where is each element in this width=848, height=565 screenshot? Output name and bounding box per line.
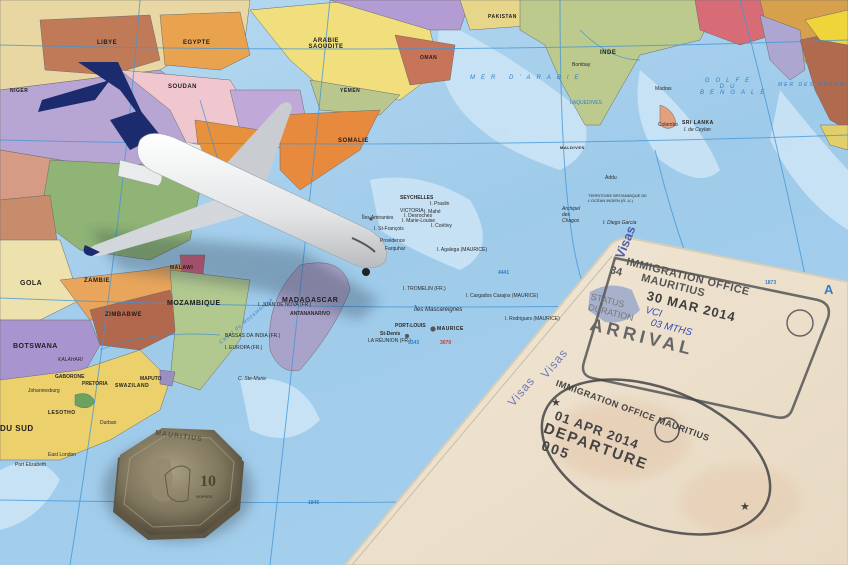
map-label-farquhar: Farquhar <box>385 246 405 252</box>
map-label-maldives: MALDIVES <box>560 145 585 150</box>
map-label-pakistan: PAKISTAN <box>488 14 517 20</box>
map-label-cape-sainte-marie: C. Ste-Marie <box>238 376 266 382</box>
sea-label-arabian-sea: MER D'ARABIE <box>470 75 585 81</box>
map-label-mozambique: MOZAMBIQUE <box>167 300 221 307</box>
map-label-port-elizabeth: Port Elizabeth <box>15 462 46 468</box>
map-label-bassas-da-india: BASSAS DA INDIA (FR.) <box>225 333 280 339</box>
map-label-seychelles: SEYCHELLES <box>400 195 433 201</box>
map-label-pretoria: PRETORIA <box>82 381 108 387</box>
depth-label: 3070 <box>440 340 451 346</box>
map-label-mascarene-islands: Îles Mascareignes <box>414 307 462 313</box>
depth-label: 5343 <box>408 340 419 346</box>
map-label-port-louis: PORT-LOUIS <box>395 323 426 329</box>
depth-label: 1846 <box>308 500 319 506</box>
map-label-bombay: Bombay <box>572 62 590 68</box>
map-label-madras: Madras <box>655 86 672 92</box>
map-label-libya: LIBYE <box>97 40 117 46</box>
map-label-angola: GOLA <box>20 280 42 287</box>
map-label-sri-lanka: SRI LANKA <box>682 120 714 126</box>
coin-value: 10 <box>200 473 216 491</box>
star-icon: ★ <box>551 396 561 409</box>
map-label-sudan: SOUDAN <box>168 84 197 90</box>
depth-label: 4441 <box>498 270 509 276</box>
map-label-durban: Durban <box>100 420 116 426</box>
map-label-oman: OMAN <box>420 55 437 61</box>
map-label-juan-de-nova: I. JUAN DE NOVA (FR.) <box>258 302 311 308</box>
map-label-saint-denis: St-Denis <box>380 331 400 337</box>
depth-label: 1873 <box>765 280 776 286</box>
map-edge-letter: A <box>824 282 833 297</box>
map-label-maputo: MAPUTO <box>140 376 162 382</box>
sea-label-andaman-sea: MER DES ANDAMAN <box>778 82 848 88</box>
map-label-east-london: East London <box>48 452 76 458</box>
map-label-ceylon: I. de Ceylan <box>684 127 711 133</box>
map-label-providence: Providence <box>380 238 405 244</box>
map-label-kalahari: KALAHARI <box>58 357 83 363</box>
map-label-coetivy: I. Coëtivy <box>431 223 452 229</box>
map-label-egypt: EGYPTE <box>183 40 210 46</box>
map-label-gaborone: GABORONE <box>55 374 84 380</box>
map-label-laccadives: LAQUEDIVES <box>570 100 602 106</box>
map-label-swaziland: SWAZILAND <box>115 383 149 389</box>
map-label-saudi-arabia: ARABIE SAOUDITE <box>296 38 356 50</box>
map-label-lesotho: LESOTHO <box>48 410 76 416</box>
map-label-tromelin: I. TROMELIN (FR.) <box>403 286 446 292</box>
map-label-addu: Addu <box>605 175 617 181</box>
map-label-amirantes: Îles Amirantes <box>362 215 393 221</box>
map-label-johannesburg: Johannesburg <box>28 388 60 394</box>
map-label-zimbabwe: ZIMBABWE <box>105 312 142 318</box>
coin <box>103 428 253 542</box>
map-label-niger: NIGER <box>10 88 28 94</box>
map-label-somalia: SOMALIE <box>338 138 369 144</box>
map-label-cargados-carajos: I. Cargados Carajos (MAURICE) <box>466 293 538 299</box>
map-label-biot: TERRITOIRE BRITANNIQUE DE L'OCÉAN INDIEN… <box>588 193 648 203</box>
map-label-antananarivo: ANTANANARIVO <box>290 311 330 317</box>
map-label-yemen: YÉMEN <box>340 88 360 94</box>
map-label-europa: I. EUROPA (FR.) <box>225 345 262 351</box>
map-label-reunion: LA RÉUNION (FR.) <box>368 338 411 344</box>
map-label-mauritius: MAURICE <box>437 326 464 332</box>
map-label-chagos: Archipel des Chagos <box>562 206 586 224</box>
map-label-praslin: I. Praslin <box>430 201 449 207</box>
map-label-malawi: MALAWI <box>170 265 193 271</box>
map-label-agalega: I. Agalega (MAURICE) <box>437 247 487 253</box>
map-label-colombo: Colombo <box>658 122 678 128</box>
map-label-south-africa: DU SUD <box>0 424 34 433</box>
sea-label-bay-of-bengal: GOLFE DU BENGALE <box>700 78 760 96</box>
map-label-diego-garcia: I. Diego Garcia <box>603 220 636 226</box>
map-label-botswana: BOTSWANA <box>13 343 58 350</box>
map-label-rodrigues: I. Rodrigues (MAURICE) <box>505 316 560 322</box>
star-icon: ★ <box>740 500 750 513</box>
map-label-st-francois: I. St-François <box>374 226 404 232</box>
map-label-india: INDE <box>600 50 616 56</box>
coin-unit: RUPEES <box>196 494 212 499</box>
travel-photo: LIBYE EGYPTE ARABIE SAOUDITE OMAN YÉMEN … <box>0 0 848 565</box>
map-label-zambia: ZAMBIE <box>84 278 110 284</box>
